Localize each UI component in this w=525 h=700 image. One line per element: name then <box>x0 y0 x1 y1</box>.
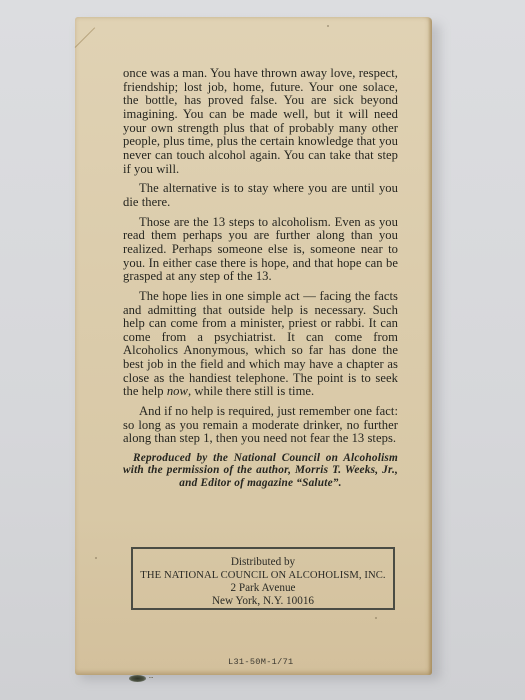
printers-union-bug-icon <box>129 675 146 682</box>
union-bug-number: ••• <box>149 675 153 680</box>
paper-speck <box>95 557 97 559</box>
pamphlet-page: once was a man. You have thrown away lov… <box>75 17 432 675</box>
paragraph-5: And if no help is required, just remembe… <box>123 405 398 446</box>
paper-speck <box>327 25 329 27</box>
paragraph-4-text-a: The hope lies in one simple act — facing… <box>123 289 398 399</box>
paragraph-4-text-b: , while there still is time. <box>188 384 314 398</box>
print-code: L31-50M-1/71 <box>228 657 294 667</box>
paragraph-2: The alternative is to stay where you are… <box>123 182 398 209</box>
street-address: 2 Park Avenue <box>133 582 393 595</box>
paper-speck <box>375 617 377 619</box>
distributed-by-label: Distributed by <box>133 556 393 569</box>
paragraph-1: once was a man. You have thrown away lov… <box>123 67 398 176</box>
distribution-box: Distributed by THE NATIONAL COUNCIL ON A… <box>131 547 395 610</box>
paragraph-3: Those are the 13 steps to alcoholism. Ev… <box>123 216 398 284</box>
paragraph-4-emphasis: now <box>167 384 188 398</box>
organization-name: THE NATIONAL COUNCIL ON ALCOHOLISM, INC. <box>133 569 393 582</box>
corner-crease <box>75 27 96 48</box>
body-text: once was a man. You have thrown away lov… <box>123 67 398 489</box>
paragraph-4: The hope lies in one simple act — facing… <box>123 290 398 399</box>
city-address: New York, N.Y. 10016 <box>133 595 393 608</box>
reproduction-credit: Reproduced by the National Council on Al… <box>123 452 398 489</box>
